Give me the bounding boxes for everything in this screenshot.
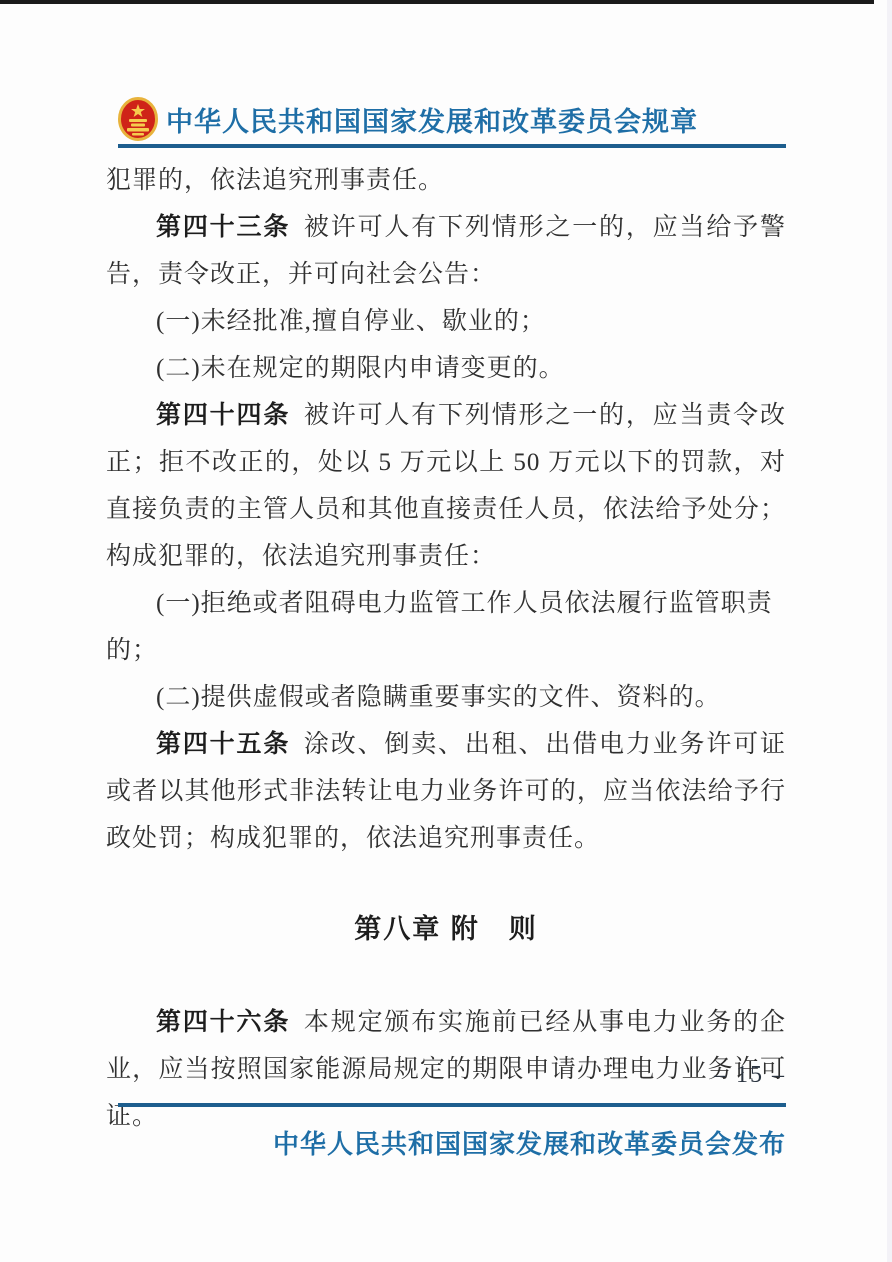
paragraph-text: (一)未经批准,擅自停业、歇业的； — [156, 308, 546, 335]
article-number: 第四十三条 — [156, 213, 290, 241]
article-number: 第四十五条 — [156, 730, 290, 758]
body-paragraph: 第四十四条被许可人有下列情形之一的，应当责令改正；拒不改正的，处以 5 万元以上… — [106, 392, 786, 580]
body-paragraph: 第四十五条涂改、倒卖、出租、出借电力业务许可证或者以其他形式非法转让电力业务许可… — [106, 721, 786, 862]
body-paragraph: 犯罪的，依法追究刑事责任。 — [106, 157, 786, 204]
paragraph-text: (二)未在规定的期限内申请变更的。 — [156, 355, 565, 382]
list-item-paragraph: (一)未经批准,擅自停业、歇业的； — [106, 298, 786, 345]
footer-publisher: 中华人民共和国国家发展和改革委员会发布 — [106, 1124, 786, 1161]
paragraph-text: (一)拒绝或者阻碍电力监管工作人员依法履行监管职责的； — [106, 590, 773, 664]
chapter-heading: 第八章 附 则 — [106, 906, 786, 953]
body-paragraph: 第四十三条被许可人有下列情形之一的，应当给予警告，责令改正，并可向社会公告： — [106, 204, 786, 298]
page-number: – 15 – — [106, 1062, 786, 1089]
article-number: 第四十六条 — [156, 1008, 290, 1036]
list-item-paragraph: (一)拒绝或者阻碍电力监管工作人员依法履行监管职责的； — [106, 580, 786, 674]
list-item-paragraph: (二)未在规定的期限内申请变更的。 — [106, 345, 786, 392]
scan-artifact-top-bar — [0, 0, 874, 4]
header-rule — [118, 144, 786, 148]
footer-rule — [118, 1103, 786, 1107]
paragraph-text: 犯罪的，依法追究刑事责任。 — [106, 167, 444, 194]
header-title: 中华人民共和国国家发展和改革委员会规章 — [166, 100, 698, 139]
paragraph-text: (二)提供虚假或者隐瞒重要事实的文件、资料的。 — [156, 684, 721, 711]
scan-artifact-right-strip — [887, 0, 892, 1262]
list-item-paragraph: (二)提供虚假或者隐瞒重要事实的文件、资料的。 — [106, 674, 786, 721]
document-header: 中华人民共和国国家发展和改革委员会规章 — [118, 95, 786, 143]
document-body: 犯罪的，依法追究刑事责任。第四十三条被许可人有下列情形之一的，应当给予警告，责令… — [106, 157, 786, 1140]
national-emblem-icon — [118, 97, 158, 141]
article-number: 第四十四条 — [156, 401, 290, 429]
